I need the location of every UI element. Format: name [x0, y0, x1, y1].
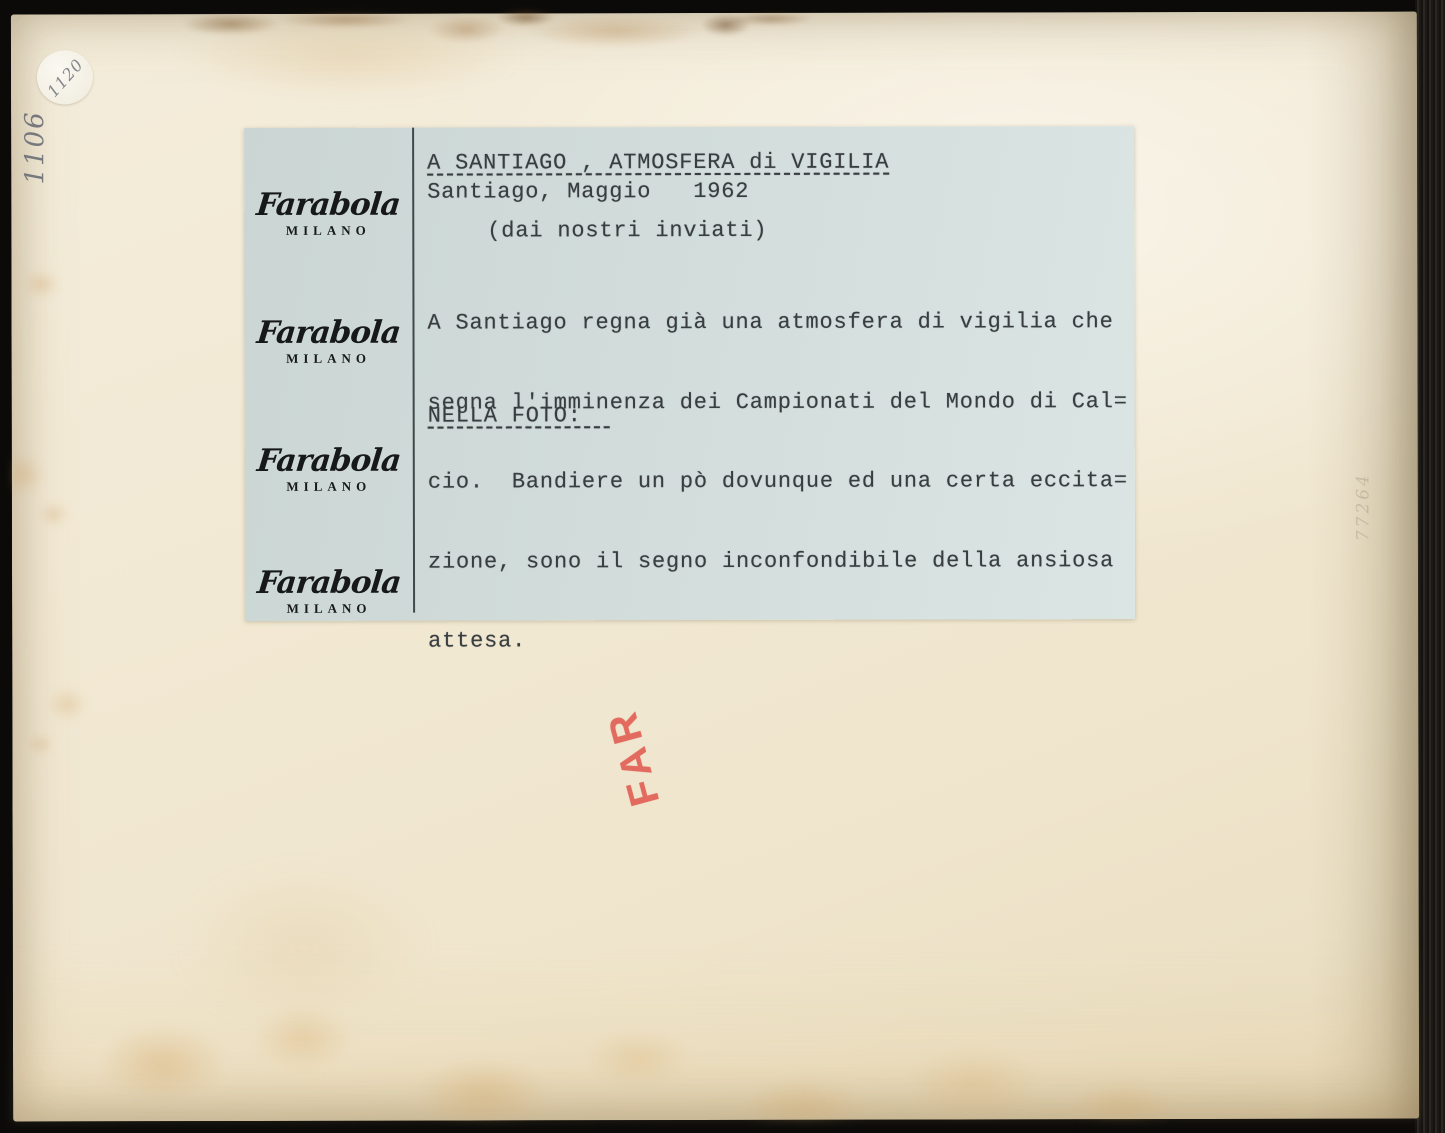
caption-body-line: attesa. [428, 627, 1128, 655]
caption-body: A Santiago regna già una atmosfera di vi… [427, 256, 1128, 708]
archive-sticker: 1120 [37, 50, 93, 104]
stain-bottom-edge [13, 942, 1419, 1122]
caption-dateline: Santiago, Maggio 1962 [427, 179, 749, 205]
brand-name: Farabola [243, 566, 415, 600]
caption-credit: (dai nostri inviati) [487, 218, 767, 244]
caption-body-line: cio. Bandiere un pò dovunque ed una cert… [428, 468, 1128, 496]
farabola-logo: Farabola MILANO [244, 188, 412, 239]
farabola-logo: Farabola MILANO [245, 566, 413, 617]
stain-left-edge [11, 214, 122, 834]
stacked-photos-edge [1415, 0, 1445, 1133]
farabola-logo: Farabola MILANO [245, 444, 413, 495]
stain-top-wash [141, 19, 601, 140]
far-agency-stamp: FAR [568, 691, 698, 821]
photo-back-scan: 1120 1106 77264 Farabola MILANO Farabola… [0, 0, 1445, 1133]
caption-heading: NELLA FOTO: [428, 403, 610, 428]
caption-label: Farabola MILANO Farabola MILANO Farabola… [244, 126, 1135, 621]
sticker-number: 1120 [43, 54, 87, 100]
brand-name: Farabola [243, 316, 415, 350]
brand-city: MILANO [245, 351, 413, 367]
faint-pencil-number: 77264 [1344, 442, 1384, 572]
handwritten-edge-number: 1106 [5, 102, 65, 192]
farabola-logo: Farabola MILANO [244, 316, 412, 367]
caption-title: A SANTIAGO , ATMOSFERA di VIGILIA [427, 150, 889, 176]
typewritten-caption: A SANTIAGO , ATMOSFERA di VIGILIA Santia… [427, 126, 1117, 302]
brand-city: MILANO [245, 479, 413, 495]
photo-back-card: 1120 1106 77264 Farabola MILANO Farabola… [11, 12, 1419, 1122]
brand-city: MILANO [244, 223, 412, 239]
brand-city: MILANO [245, 601, 413, 617]
caption-body-line: A Santiago regna già una atmosfera di vi… [427, 309, 1127, 337]
stain-mid-left [132, 803, 513, 1064]
brand-name: Farabola [243, 444, 415, 478]
caption-body-line: zione, sono il segno inconfondibile dell… [428, 548, 1128, 576]
stain-top-edge [161, 9, 841, 80]
brand-name: Farabola [242, 188, 414, 222]
